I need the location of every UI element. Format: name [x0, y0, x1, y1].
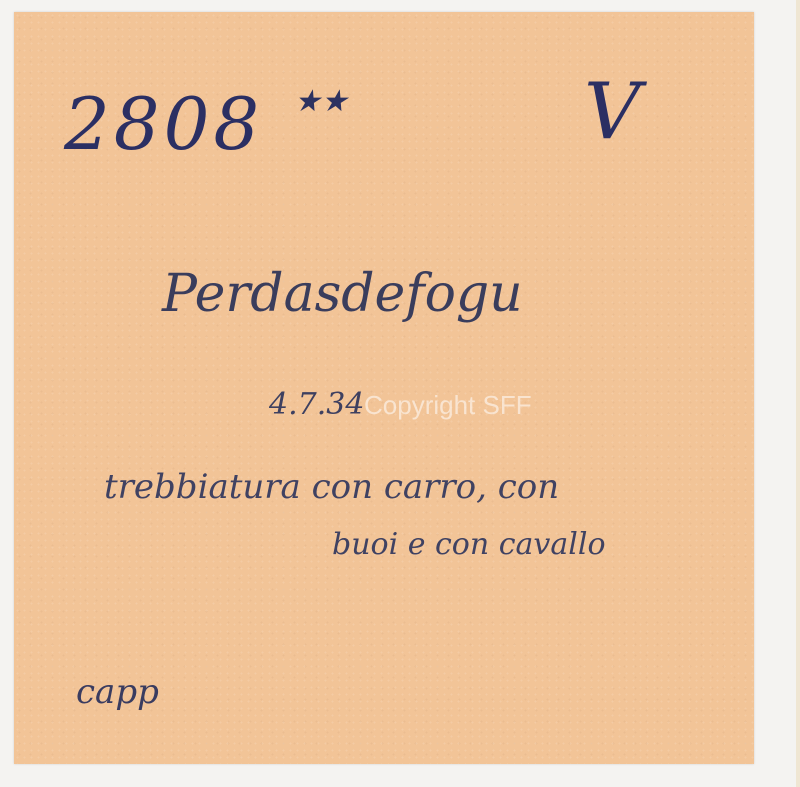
watermark: Copyright SFF: [364, 390, 532, 421]
index-card: 2808 ★★ V Perdasdefogu 4.7.34 Copyright …: [14, 12, 754, 764]
star-marks: ★★: [294, 84, 348, 119]
catalog-number: 2808: [64, 82, 263, 166]
description-line-1: trebbiatura con carro, con: [104, 467, 559, 507]
description-line-2: buoi e con cavallo: [332, 527, 606, 562]
scan-edge: [796, 0, 800, 787]
category-code: V: [584, 67, 640, 157]
date: 4.7.34: [269, 387, 364, 422]
signature: capp: [76, 672, 159, 712]
place-name: Perdasdefogu: [162, 264, 523, 324]
